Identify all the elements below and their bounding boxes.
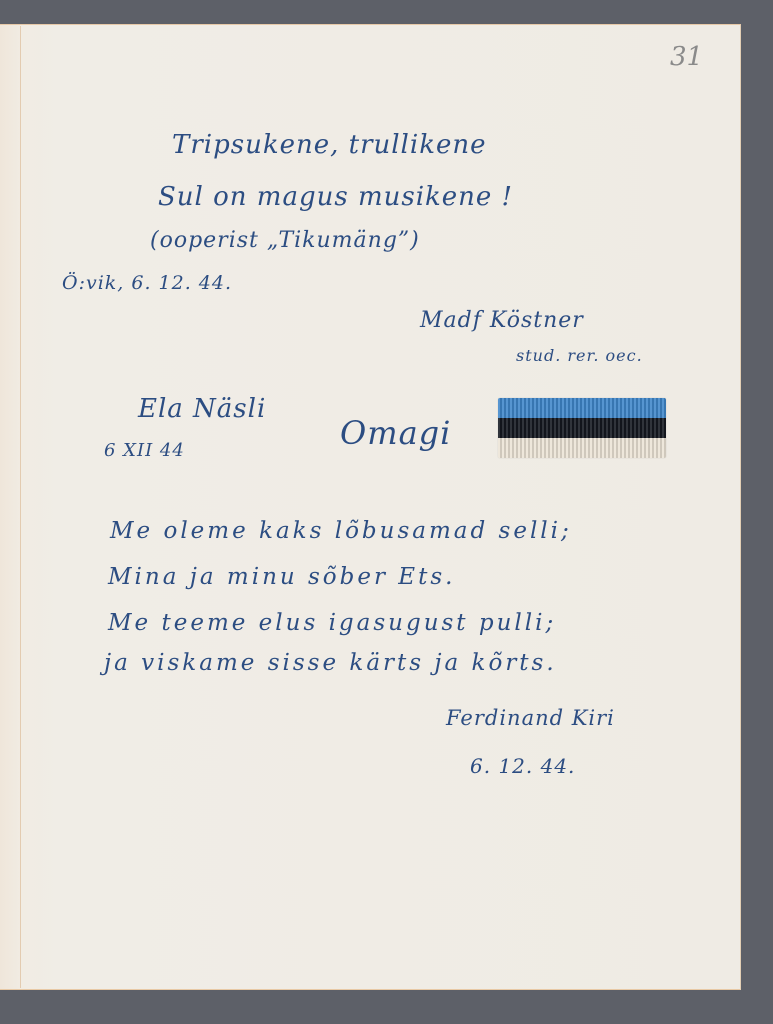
entry1-line-2: Sul on magus musikene ! — [158, 182, 513, 212]
entry3-line-1: Me oleme kaks lõbusamad selli; — [110, 518, 572, 544]
binding-line — [20, 26, 21, 988]
entry3-line-3: Me teeme elus igasugust pulli; — [108, 610, 556, 636]
entry1-line-1: Tripsukene, trullikene — [172, 130, 486, 160]
entry2-word: Omagi — [340, 414, 451, 452]
entry3-line-2: Mina ja minu sõber Ets. — [108, 564, 455, 590]
entry2-signature: Ela Näsli — [138, 394, 266, 424]
entry1-line-3: (ooperist „Tikumäng”) — [150, 228, 420, 253]
entry2-date: 6 XII 44 — [104, 440, 185, 461]
ribbon-stripe-blue — [498, 398, 666, 418]
entry3-line-4: ja viskame sisse kärts ja kõrts. — [104, 650, 557, 676]
ribbon-stripe-white — [498, 438, 666, 458]
entry3-signature: Ferdinand Kiri — [446, 706, 615, 730]
page-number: 31 — [670, 42, 703, 72]
entry3-date: 6. 12. 44. — [470, 754, 575, 778]
entry1-title: stud. rer. oec. — [516, 346, 643, 365]
notebook-page — [0, 24, 741, 990]
entry1-place-date: Ö:vik, 6. 12. 44. — [62, 272, 232, 294]
entry1-signature: Madf Köstner — [420, 308, 584, 333]
ribbon-stripe-black — [498, 418, 666, 438]
estonian-flag-ribbon — [498, 398, 666, 458]
